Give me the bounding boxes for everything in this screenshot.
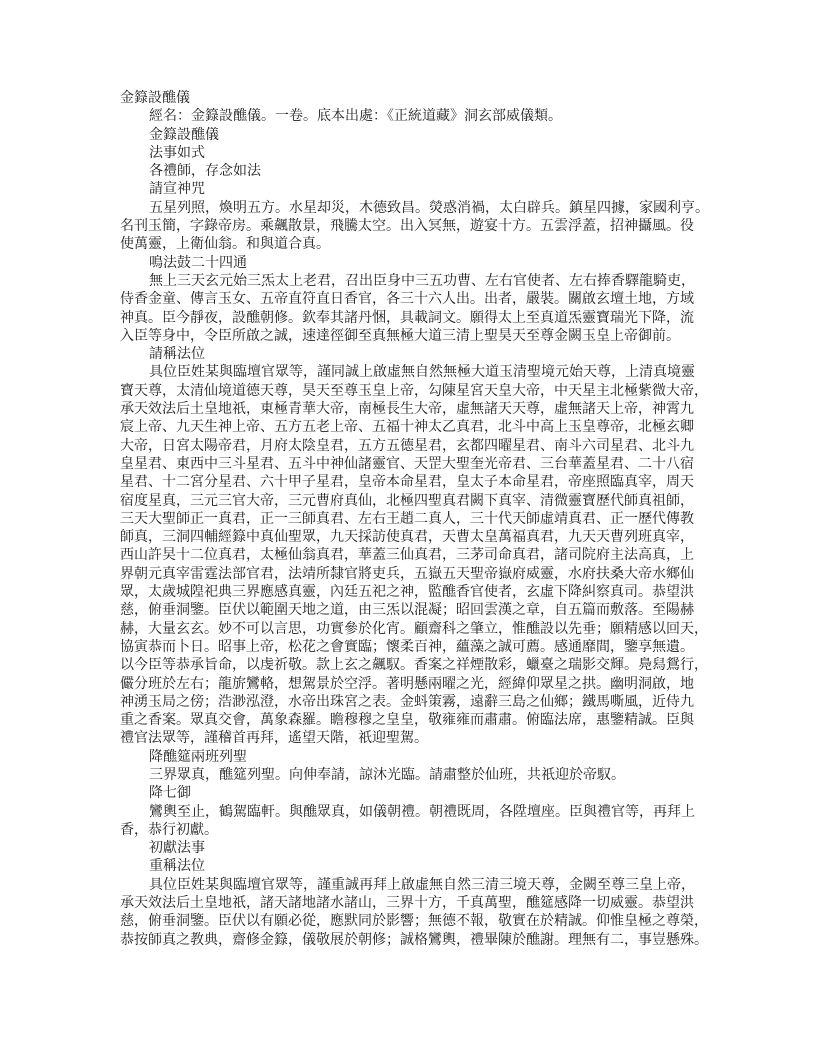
text-line: 以今臣等恭承旨命，以虔祈敬。款上玄之飆馭。香案之祥煙散彩，蠟臺之瑞影交輝。鳧舄鴛… xyxy=(120,656,700,674)
text-line: 降七御 xyxy=(120,784,700,802)
text-line: 請稱法位 xyxy=(120,345,700,363)
text-line: 宿度星真，三元三官大帝，三元曹府真仙，北極四聖真君闕下真宰、清微靈寶歷代師真祖師… xyxy=(120,492,700,510)
text-line: 儼分班於左右；龍旂鸞輅，想駕景於空浮。著明懸兩曜之光，經緯仰眾星之拱。幽明洞啟，… xyxy=(120,675,700,693)
text-line: 使萬靈，上衛仙翁。和與道合真。 xyxy=(120,235,700,253)
text-line: 宸上帝、九天生神上帝、五方五老上帝、五福十神太乙真君，北斗中高上玉皇尊帝，北極玄… xyxy=(120,418,700,436)
text-line: 眾，太歲城隍祀典三界應感真靈，內廷五祀之神，監醮香官使者，玄虛下降糾察真司。恭望… xyxy=(120,583,700,601)
text-line: 重之香案。眾真交會，萬象森羅。瞻穆穆之皇皇，敬雍雍而肅肅。俯臨法席，惠鑒精誠。臣… xyxy=(120,711,700,729)
text-line: 皇星君、東西中三斗星君、五斗中神仙諸靈官、天罡大聖奎光帝君、三台華蓋星君、二十八… xyxy=(120,455,700,473)
text-line: 慈，俯垂洞鑒。臣伏以範圍天地之道，由三炁以混凝；昭回雲漢之章，自五篇而敷落。至陽… xyxy=(120,601,700,619)
text-line: 五星列照，煥明五方。水星却災，木德致昌。熒惑消禍，太白辟兵。鎮星四據，家國利亨。 xyxy=(120,199,700,217)
text-line: 法事如式 xyxy=(120,144,700,162)
text-line: 侍香金童、傳言玉女、五帝直符直日香官，各三十六人出。出者，嚴裝。關啟玄壇土地，方… xyxy=(120,290,700,308)
text-line: 鳴法鼓二十四通 xyxy=(120,254,700,272)
text-line: 禮官法眾等，謹稽首再拜，遙望天階，祇迎聖駕。 xyxy=(120,729,700,747)
text-line: 承天效法后土皇地祇，東極青華大帝，南極長生大帝，虛無諸天天尊，虛無諸天上帝，神霄… xyxy=(120,400,700,418)
text-line: 承天效法后土皇地祇，諸天諸地諸水諸山，三界十方，千真萬聖，醮筵感降一切威靈。恭望… xyxy=(120,894,700,912)
text-line: 重稱法位 xyxy=(120,857,700,875)
text-line: 入臣等身中，令臣所啟之誠，速達徑御至真無極大道三清上聖昊天至尊金闕玉皇上帝御前。 xyxy=(120,327,700,345)
text-line: 赫，大量玄玄。妙不可以言思，功實參於化宵。顧齋科之肇立，惟醮設以先垂；願精感以回… xyxy=(120,620,700,638)
text-line: 三界眾真，醮筵列聖。向伸奉請，諒沐光臨。請肅整於仙班，共祇迎於帝馭。 xyxy=(120,766,700,784)
text-line: 寶天尊，太清仙境道德天尊，昊天至尊玉皇上帝，勾陳星宮天皇大帝，中天星主北極紫微大… xyxy=(120,382,700,400)
text-line: 三天大聖師正一真君，正一三師真君、左右王趙二真人，三十代天師虛靖真君、正一歷代傳… xyxy=(120,510,700,528)
text-line: 星君、十二宮分星君、六十甲子星君，皇帝本命星君，皇太子本命星君，帝座照臨真宰，周… xyxy=(120,473,700,491)
text-line: 神湧玉局之傍；浩渺泓澄，水帝出珠宮之表。金蚪策霧，遠辭三島之仙鄉；鐵馬嘶風，近侍… xyxy=(120,693,700,711)
text-line: 具位臣姓某與臨壇官眾等，謹重誠再拜上啟虛無自然三清三境天尊，金闕至尊三皇上帝， xyxy=(120,876,700,894)
text-line: 西山許旲十二位真君，太極仙翁真君，華蓋三仙真君，三茅司命真君，諸司院府主法高真，… xyxy=(120,546,700,564)
text-line: 無上三天玄元始三炁太上老君，召出臣身中三五功曹、左右官使者、左右捧香驛龍騎吏， xyxy=(120,272,700,290)
text-line: 界朝元真宰雷霆法部官君，法靖所隸官將吏兵，五嶽五天聖帝嶽府威靈，水府扶桑大帝水鄉… xyxy=(120,565,700,583)
document-text: 金籙設醮儀 經名：金籙設醮儀。一卷。底本出處：《正統道藏》洞玄部威儀類。金籙設醮… xyxy=(120,89,700,949)
text-line: 降醮筵兩班列聖 xyxy=(120,748,700,766)
document-page: 金籙設醮儀 經名：金籙設醮儀。一卷。底本出處：《正統道藏》洞玄部威儀類。金籙設醮… xyxy=(0,0,816,1056)
text-line: 金籙設醮儀 xyxy=(120,126,700,144)
text-line: 神真。臣今靜夜，設醮朝修。欽奉其諸丹悃，具載詞文。願得太上至真道炁靈寶瑞光下降，… xyxy=(120,309,700,327)
document-lines: 經名：金籙設醮儀。一卷。底本出處：《正統道藏》洞玄部威儀類。金籙設醮儀法事如式各… xyxy=(120,107,700,949)
text-line: 師真，三洞四輔經籙中真仙聖眾，九天採訪使真君，天曹太皇萬福真君，九天天曹列班真宰… xyxy=(120,528,700,546)
text-line: 各禮師，存念如法 xyxy=(120,162,700,180)
text-line: 鸞輿至止，鶴駕臨軒。與醮眾真，如儀朝禮。朝禮既周，各陞壇座。臣與禮官等，再拜上 xyxy=(120,803,700,821)
text-line: 香，恭行初獻。 xyxy=(120,821,700,839)
text-line: 大帝，日宮太陽帝君，月府太陰皇君，五方五德星君，玄都四曜星君、南斗六司星君、北斗… xyxy=(120,437,700,455)
text-line: 慈，俯垂洞鑒。臣伏以有願必從，應默同於影響；無德不報，敬實在於精誠。仰惟皇極之尊… xyxy=(120,912,700,930)
text-line: 初獻法事 xyxy=(120,839,700,857)
text-line: 經名：金籙設醮儀。一卷。底本出處：《正統道藏》洞玄部威儀類。 xyxy=(120,107,700,125)
text-line: 名刊玉簡，字錄帝房。乘飆散景，飛騰太空。出入冥無，遊宴十方。五雲浮蓋，招神攝風。… xyxy=(120,217,700,235)
text-line: 恭按師真之教典，齋修金籙，儀敬展於朝修；誠格鸞輿，禮畢陳於醮謝。理無有二，事豈懸… xyxy=(120,931,700,949)
text-line: 請宣神咒 xyxy=(120,180,700,198)
text-line: 協寅恭而卜日。昭事上帝，松花之會實臨；懷柔百神，蘊藻之誠可薦。感通靡間，鑒享無遺… xyxy=(120,638,700,656)
page-title: 金籙設醮儀 xyxy=(120,89,700,107)
text-line: 具位臣姓某與臨壇官眾等，謹同誠上啟虛無自然無極大道玉清聖境元始天尊，上清真境靈 xyxy=(120,363,700,381)
